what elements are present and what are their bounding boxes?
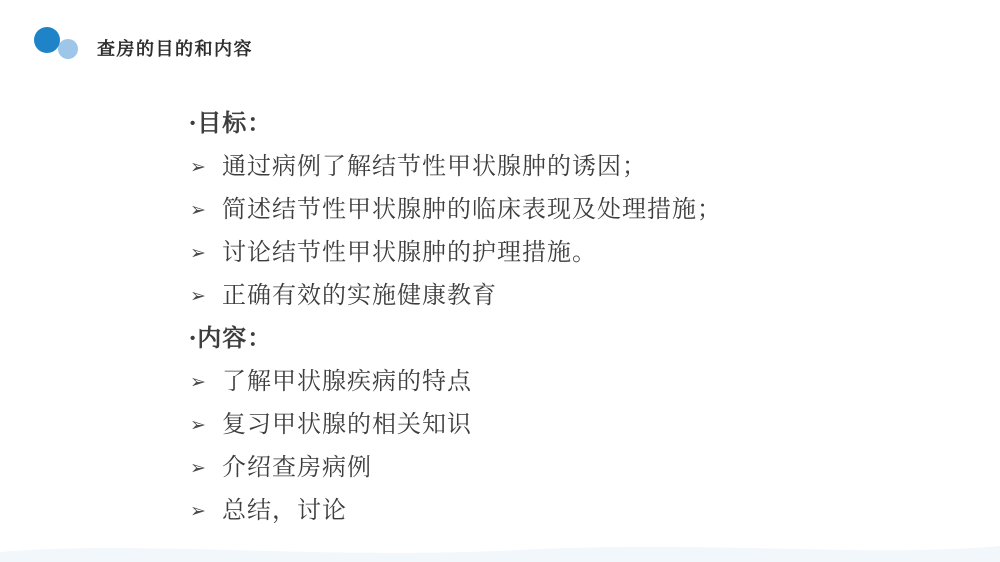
section-heading-content: •内容： <box>190 317 722 360</box>
arrow-bullet-icon: ➢ <box>190 275 222 318</box>
arrow-bullet-icon: ➢ <box>190 447 222 490</box>
dot-bullet-icon: • <box>190 102 196 145</box>
list-item: ➢了解甲状腺疾病的特点 <box>190 360 722 403</box>
arrow-bullet-icon: ➢ <box>190 404 222 447</box>
small-circle-icon <box>58 39 78 59</box>
list-item: ➢简述结节性甲状腺肿的临床表现及处理措施； <box>190 188 722 231</box>
list-item-text: 了解甲状腺疾病的特点 <box>222 368 472 395</box>
list-item: ➢正确有效的实施健康教育 <box>190 274 722 317</box>
section-heading-text: 目标： <box>197 110 272 137</box>
slide-body: •目标： ➢通过病例了解结节性甲状腺肿的诱因； ➢简述结节性甲状腺肿的临床表现及… <box>190 102 722 532</box>
footer-wave-decoration <box>0 534 1000 562</box>
slide-title: 查房的目的和内容 <box>97 35 253 61</box>
list-item: ➢通过病例了解结节性甲状腺肿的诱因； <box>190 145 722 188</box>
arrow-bullet-icon: ➢ <box>190 361 222 404</box>
list-item: ➢讨论结节性甲状腺肿的护理措施。 <box>190 231 722 274</box>
list-item-text: 讨论结节性甲状腺肿的护理措施。 <box>222 239 597 266</box>
list-item: ➢总结，讨论 <box>190 489 722 532</box>
list-item: ➢介绍查房病例 <box>190 446 722 489</box>
list-item-text: 简述结节性甲状腺肿的临床表现及处理措施； <box>222 196 722 223</box>
arrow-bullet-icon: ➢ <box>190 490 222 533</box>
list-item-text: 总结，讨论 <box>222 497 347 524</box>
list-item-text: 复习甲状腺的相关知识 <box>222 411 472 438</box>
section-heading-goal: •目标： <box>190 102 722 145</box>
large-circle-icon <box>34 27 60 53</box>
list-item-text: 正确有效的实施健康教育 <box>222 282 497 309</box>
arrow-bullet-icon: ➢ <box>190 232 222 275</box>
section-heading-text: 内容： <box>197 325 272 352</box>
dot-bullet-icon: • <box>190 317 196 360</box>
list-item-text: 介绍查房病例 <box>222 454 372 481</box>
list-item-text: 通过病例了解结节性甲状腺肿的诱因； <box>222 153 647 180</box>
arrow-bullet-icon: ➢ <box>190 189 222 232</box>
presentation-slide: 查房的目的和内容 •目标： ➢通过病例了解结节性甲状腺肿的诱因； ➢简述结节性甲… <box>0 0 1000 562</box>
arrow-bullet-icon: ➢ <box>190 146 222 189</box>
list-item: ➢复习甲状腺的相关知识 <box>190 403 722 446</box>
